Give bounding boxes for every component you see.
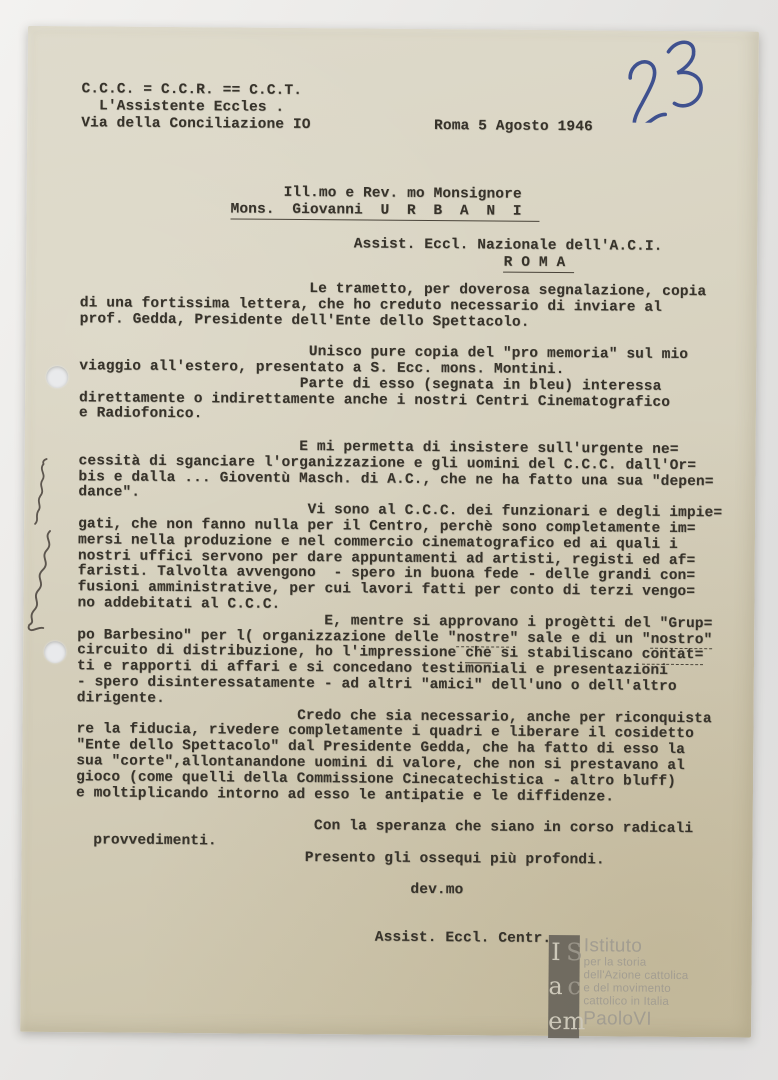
letter-page: C.C.C. = C.C.R. == C.C.T. L'Assistente E… — [20, 26, 759, 1038]
handwritten-page-number — [614, 32, 715, 128]
recipient-address: Ill.mo e Rev. mo Monsignore Mons. Giovan… — [80, 183, 663, 273]
isacem-logo-letter: c — [567, 975, 581, 999]
letterhead: C.C.C. = C.C.R. == C.C.T. L'Assistente E… — [81, 81, 593, 136]
archive-watermark-line: dell'Azione cattolica — [584, 969, 689, 983]
isacem-logo-letter: a — [548, 974, 563, 998]
typewritten-line: Via della Conciliazione IO Roma 5 Agosto… — [81, 115, 593, 136]
archive-watermark-text: Istitutoper la storiadell'Azione cattoli… — [583, 935, 689, 1039]
archive-watermark-line: e del movimento — [583, 982, 688, 996]
archive-watermark-line: PaoloVI — [583, 1008, 688, 1030]
archive-watermark-line: per la storia — [584, 956, 689, 970]
typewritten-content: C.C.C. = C.C.R. == C.C.T. L'Assistente E… — [20, 26, 759, 1038]
isacem-logo: ISacem — [548, 935, 580, 1038]
archive-watermark: ISacem Istitutoper la storiadell'Azione … — [548, 935, 752, 1040]
isacem-logo-letter: S — [566, 940, 583, 964]
isacem-logo-letter: I — [551, 940, 561, 964]
letter-body: Le trametto, per doverosa segnalazione, … — [75, 280, 724, 949]
archive-watermark-line: Istituto — [584, 935, 689, 957]
archive-watermark-line: cattolico in Italia — [583, 995, 688, 1009]
isacem-logo-letter: e — [548, 1009, 562, 1033]
isacem-logo-letter: m — [562, 1009, 585, 1033]
